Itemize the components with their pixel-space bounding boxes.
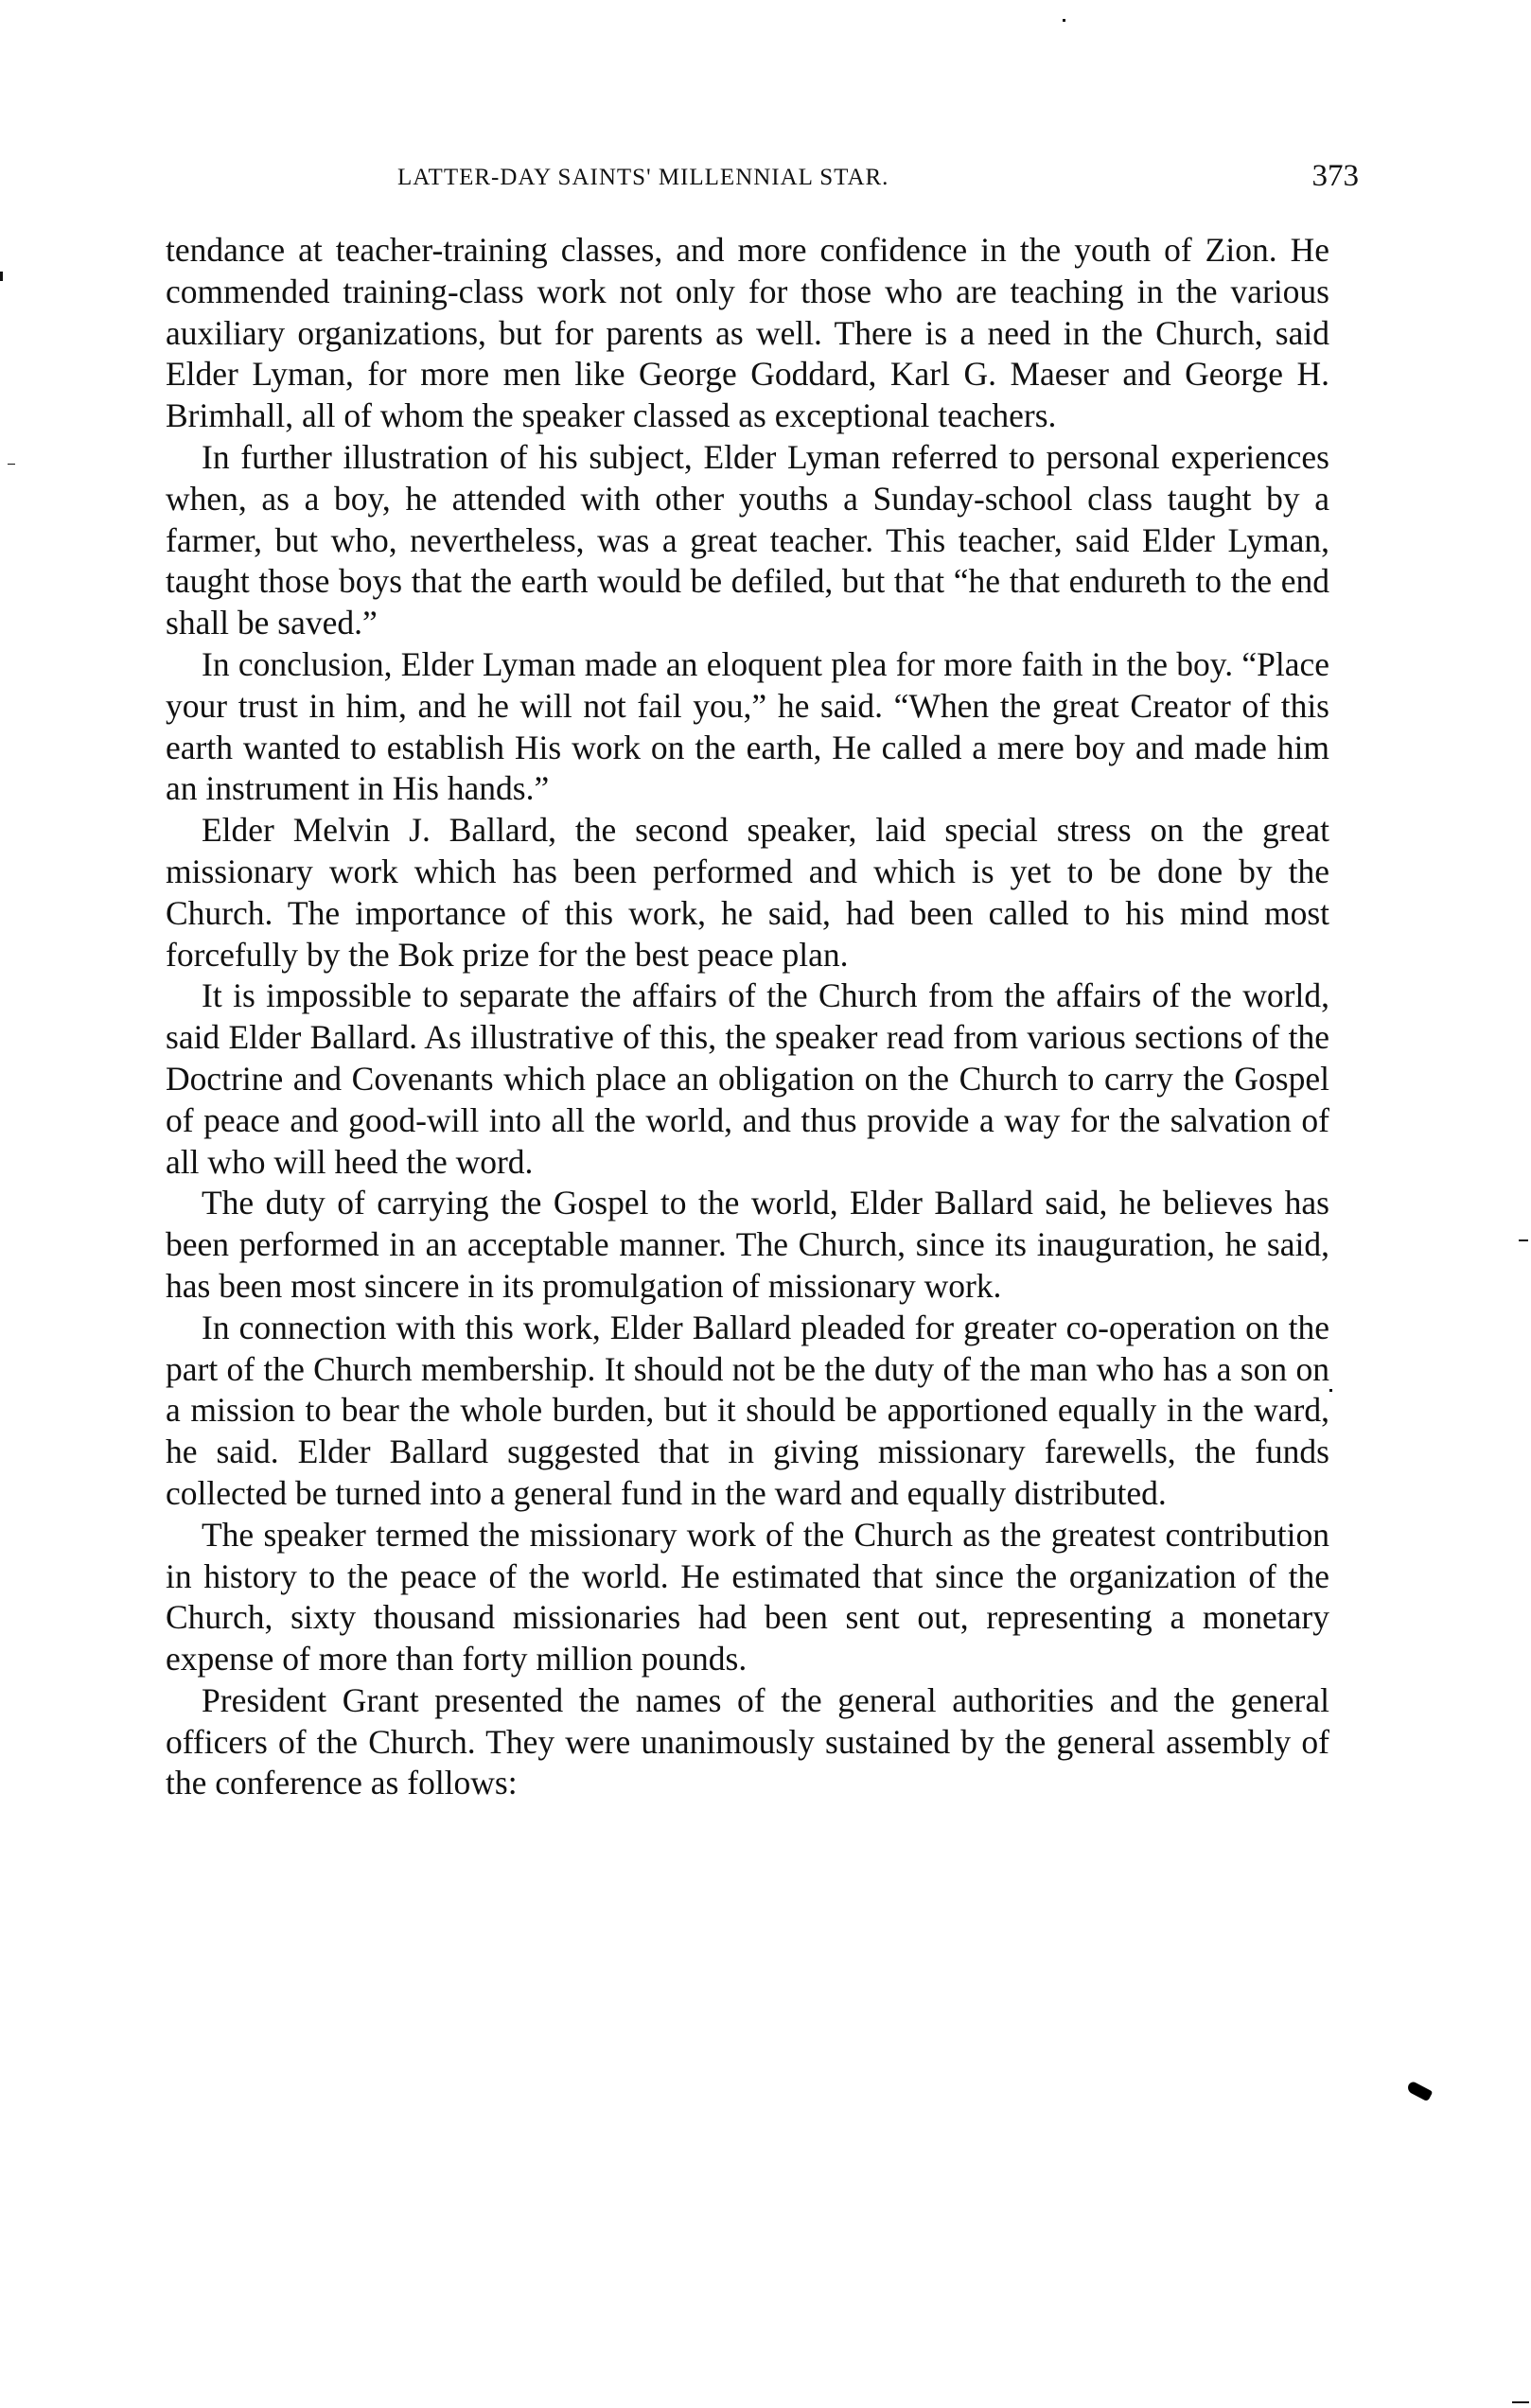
- running-title: LATTER-DAY SAINTS' MILLENNIAL STAR.: [397, 165, 889, 191]
- paragraph-8: The speaker termed the missionary work o…: [166, 1515, 1329, 1680]
- running-head: LATTER-DAY SAINTS' MILLENNIAL STAR. 373: [397, 159, 1344, 197]
- scan-speck: [1519, 1239, 1528, 1241]
- paragraph-3: In conclusion, Elder Lyman made an eloqu…: [166, 644, 1329, 810]
- paragraph-4: Elder Melvin J. Ballard, the second spea…: [166, 810, 1329, 976]
- paragraph-1: tendance at teacher-training classes, an…: [166, 230, 1329, 437]
- body-text: tendance at teacher-training classes, an…: [166, 230, 1329, 1804]
- document-page: LATTER-DAY SAINTS' MILLENNIAL STAR. 373 …: [0, 0, 1531, 2408]
- scan-speck: [1512, 2401, 1529, 2403]
- scan-speck: [0, 272, 3, 281]
- paragraph-7: In connection with this work, Elder Ball…: [166, 1308, 1329, 1515]
- scan-smudge: [1406, 2081, 1434, 2102]
- paragraph-5: It is impossible to separate the affairs…: [166, 976, 1329, 1183]
- paragraph-9: President Grant presented the names of t…: [166, 1680, 1329, 1804]
- paragraph-6: The duty of carrying the Gospel to the w…: [166, 1183, 1329, 1307]
- scan-speck: [1063, 19, 1065, 22]
- paragraph-2: In further illustration of his subject, …: [166, 437, 1329, 644]
- scan-speck: [8, 464, 15, 465]
- page-number: 373: [1312, 159, 1360, 194]
- scan-speck: [1329, 1389, 1332, 1392]
